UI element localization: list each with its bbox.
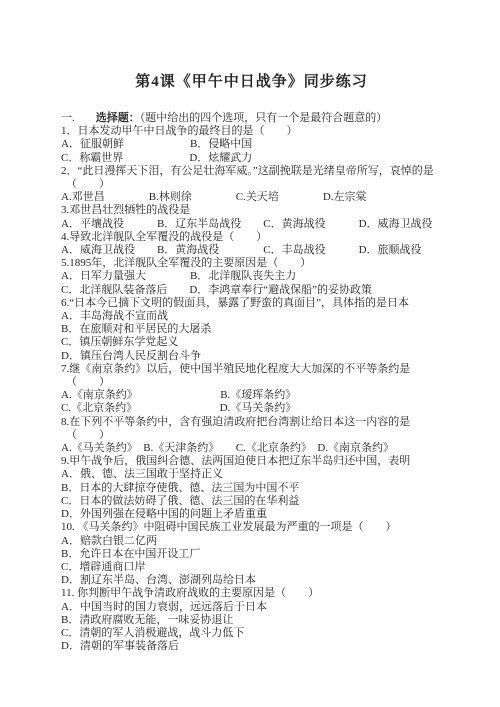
text-line: B．允许日本在中国开设工厂 (61, 548, 442, 561)
text-line: 9.甲午战争后，俄国纠合德、法两国迫使日本把辽东半岛归还中国，表明 (61, 455, 442, 468)
text-line: D．外国列强在侵略中国的问题上矛盾重重 (61, 508, 442, 521)
text-line: A．威海卫战役 B．黄海战役 C．丰岛战役 D．旅顺战役 (61, 244, 442, 257)
text-line: C．北洋舰队装备落后 D．李鸿章奉行“避战保船”的妥协政策 (61, 284, 442, 297)
text-line: 10. 《马关条约》中阻碍中国民族工业发展最为严重的一项是（ ） (61, 521, 442, 534)
text-line: A．中国当时的国力衰弱，远远落后于日本 (61, 601, 442, 614)
text-line: 6.“日本今已摘下文明的假面具，暴露了野蛮的真面目”，具体指的是日本 (61, 297, 442, 310)
text-line: C．称霸世界 D．炫耀武力 (61, 152, 442, 165)
text-line: 1．日本发动甲午中日战争的最终目的是（ ） (61, 125, 442, 138)
text-line: D．清朝的军事装备落后 (61, 640, 442, 653)
question-lines: 1．日本发动甲午中日战争的最终目的是（ ）A．征服朝鲜 B．侵略中国C．称霸世界… (61, 125, 442, 653)
section-header: 一.选择题：（题中给出的四个选项，只有一个是最符合题意的） (61, 112, 442, 125)
text-line: D．镇压台湾人民反割台斗争 (61, 350, 442, 363)
text-line: 5.1895年，北洋舰队全军覆没的主要原因是（ ） (61, 257, 442, 270)
page-title: 第4课《甲午中日战争》同步练习 (61, 70, 442, 91)
text-line: C.《北京条约》 D.《马关条约》 (61, 402, 442, 415)
section-numeral: 一. (61, 112, 75, 124)
text-line: A．丰岛海战不宣而战 (61, 310, 442, 323)
text-line: B．在旅顺对和平居民的大屠杀 (61, 323, 442, 336)
text-line: 11. 你判断甲午战争清政府战败的主要原因是（ ） (61, 587, 442, 600)
text-line: A．日军力量强大 B．北洋舰队丧失主力 (61, 270, 442, 283)
text-line: C．日本的做法妨碍了俄、德、法三国的在华利益 (61, 495, 442, 508)
section-label: 选择题： (96, 112, 140, 124)
text-line: 2．“此日漫挥天下泪，有公足壮海军威。”这副挽联是光绪皇帝所写，哀悼的是 (61, 165, 442, 178)
text-line: C．增辟通商口岸 (61, 561, 442, 574)
text-line: A．俄、德、法三国敢于坚持正义 (61, 468, 442, 481)
text-line: B．日本的大肆掠夺使俄、德、法三国为中国不平 (61, 482, 442, 495)
text-line: 7.继《南京条约》以后，使中国半殖民地化程度大大加深的不平等条约是 (61, 363, 442, 376)
text-line: C．镇压朝鲜东学党起义 (61, 336, 442, 349)
text-line: A．平壤战役 B．辽东半岛战役 C．黄海战役 D．威海卫战役 (61, 218, 442, 231)
text-line: （ ） (61, 376, 442, 389)
worksheet-page: 第4课《甲午中日战争》同步练习 一.选择题：（题中给出的四个选项，只有一个是最符… (0, 0, 500, 707)
section-note: （题中给出的四个选项，只有一个是最符合题意的） (140, 112, 388, 124)
text-line: （ ） (61, 429, 442, 442)
text-line: 4.导致北洋舰队全军覆没的战役是（ ） (61, 231, 442, 244)
text-line: A．赔款白银二亿两 (61, 535, 442, 548)
text-line: 8.在下列不平等条约中，含有强迫清政府把台湾割让给日本这一内容的是 (61, 416, 442, 429)
text-line: C．清朝的军人消极避战，战斗力低下 (61, 627, 442, 640)
text-line: B．清政府腐败无能，一味妥协退让 (61, 614, 442, 627)
text-line: （ ） (61, 178, 442, 191)
text-line: A.《马关条约》 B.《天津条约》 C.《北京条约》 D.《南京条约》 (61, 442, 442, 455)
text-line: A.《南京条约》 B.《瑷珲条约》 (61, 389, 442, 402)
text-line: A.邓世昌 B.林则徐 C.关天培 D.左宗棠 (61, 191, 442, 204)
text-line: 3.邓世昌壮烈牺牲的战役是 (61, 204, 442, 217)
text-line: A．征服朝鲜 B．侵略中国 (61, 138, 442, 151)
text-line: D．割辽东半岛、台湾、澎湖列岛给日本 (61, 574, 442, 587)
